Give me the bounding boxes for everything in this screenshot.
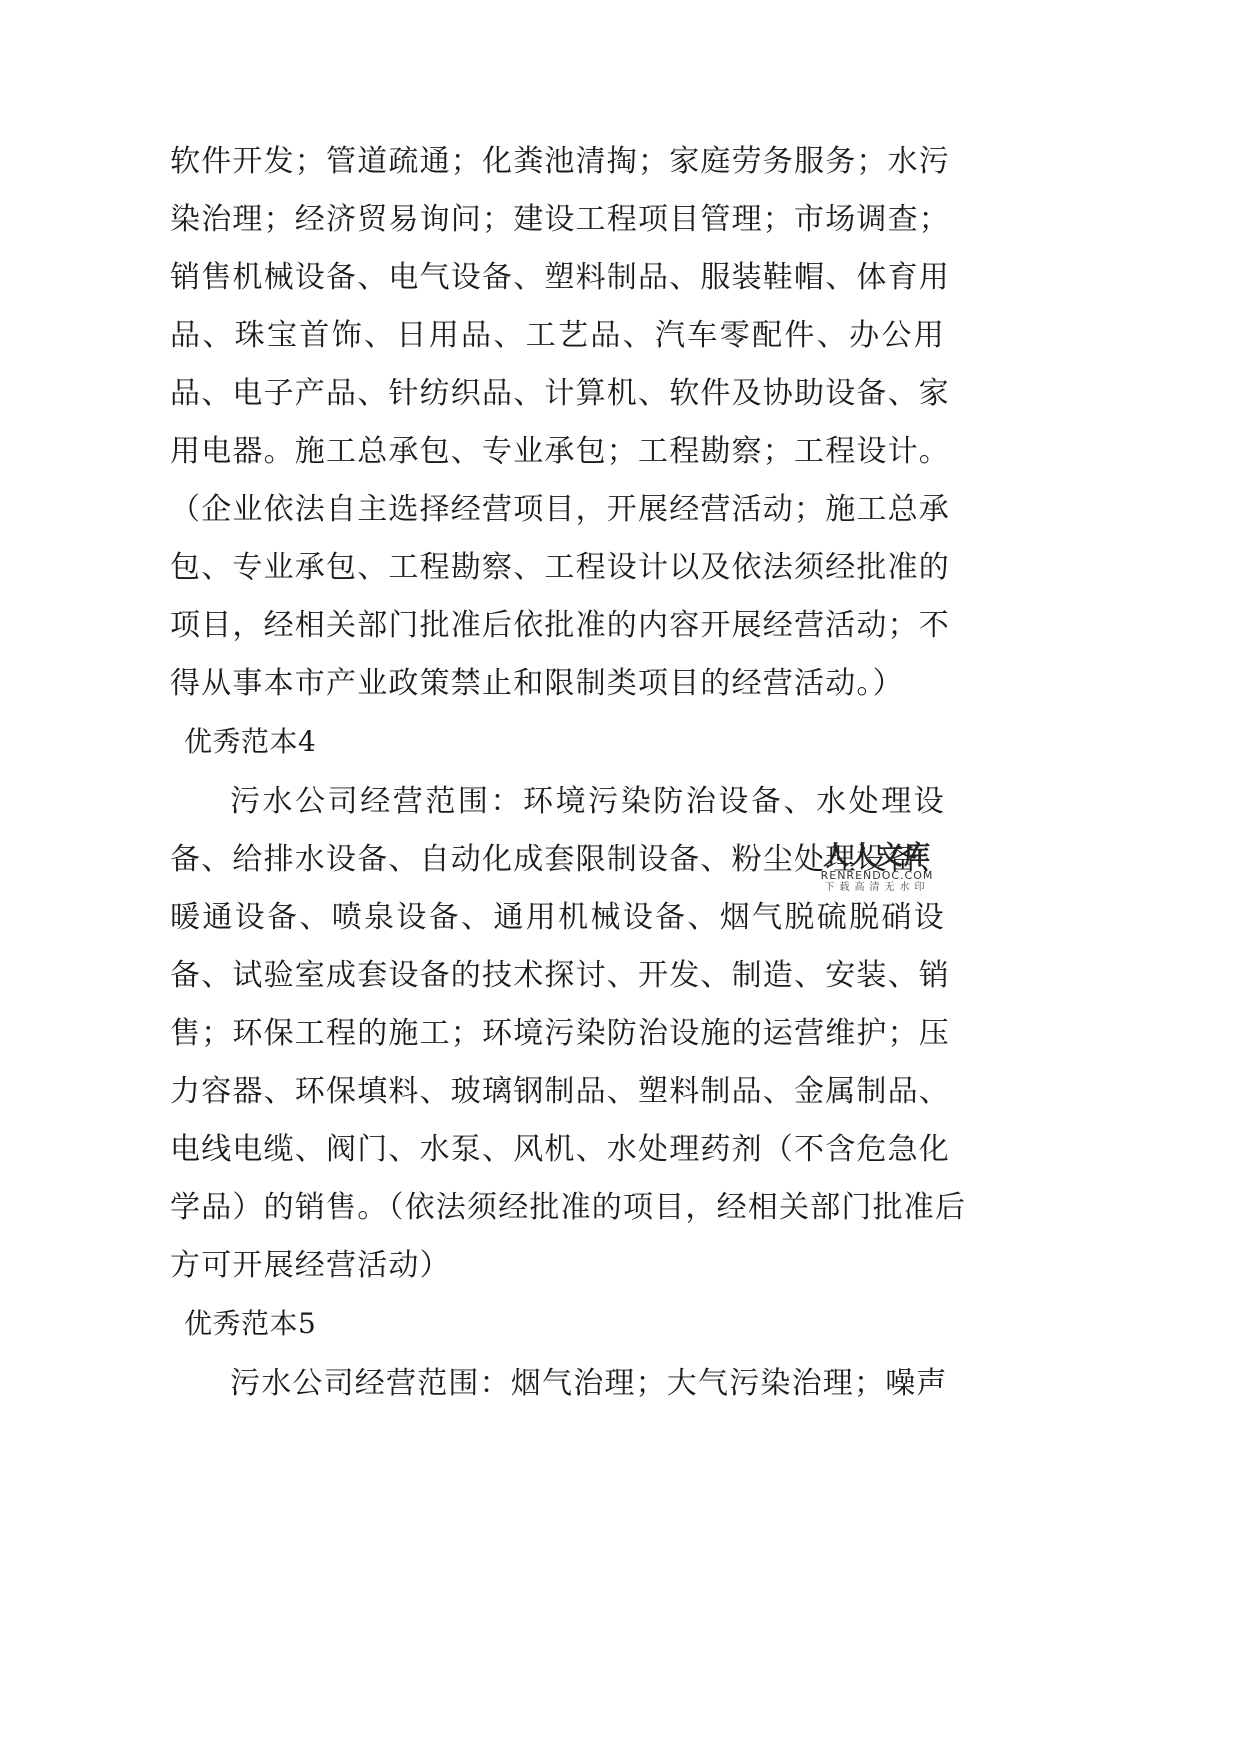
text-line: 染治理；经济贸易询问；建设工程项目管理；市场调查； — [170, 200, 945, 240]
text-line: 品、电子产品、针纺织品、计算机、软件及协助设备、家 — [170, 374, 945, 414]
document-page: 软件开发；管道疏通；化粪池清掏；家庭劳务服务；水污 染治理；经济贸易询问；建设工… — [0, 0, 1240, 1753]
text-line: 得从事本市产业政策禁止和限制类项目的经营活动。） — [170, 664, 945, 704]
text-line: 销售机械设备、电气设备、塑料制品、服装鞋帽、体育用 — [170, 258, 945, 298]
section-heading-4: 优秀范本4 — [184, 722, 316, 762]
text-line: 污水公司经营范围：环境污染防治设备、水处理设 — [230, 782, 945, 822]
watermark-subtitle: 下载高清无水印 — [812, 882, 942, 894]
text-line: 用电器。施工总承包、专业承包；工程勘察；工程设计。 — [170, 432, 945, 472]
text-line: 项目，经相关部门批准后依批准的内容开展经营活动；不 — [170, 606, 945, 646]
text-line: 品、珠宝首饰、日用品、工艺品、汽车零配件、办公用 — [170, 316, 945, 356]
text-line: 电线电缆、阀门、水泵、风机、水处理药剂（不含危急化 — [170, 1130, 945, 1170]
text-line: 方可开展经营活动） — [170, 1246, 945, 1286]
text-line: 备、试验室成套设备的技术探讨、开发、制造、安装、销 — [170, 956, 945, 996]
text-line: 力容器、环保填料、玻璃钢制品、塑料制品、金属制品、 — [170, 1072, 945, 1112]
text-line: 暖通设备、喷泉设备、通用机械设备、烟气脱硫脱硝设 — [170, 898, 945, 938]
text-line: （企业依法自主选择经营项目，开展经营活动；施工总承 — [170, 490, 945, 530]
text-line: 学品）的销售。（依法须经批准的项目，经相关部门批准后 — [170, 1188, 945, 1228]
text-line: 备、给排水设备、自动化成套限制设备、粉尘处理设备、 — [170, 840, 945, 880]
text-line: 包、专业承包、工程勘察、工程设计以及依法须经批准的 — [170, 548, 945, 588]
text-line: 软件开发；管道疏通；化粪池清掏；家庭劳务服务；水污 — [170, 142, 945, 182]
section-heading-5: 优秀范本5 — [184, 1304, 316, 1344]
text-line: 售；环保工程的施工；环境污染防治设施的运营维护；压 — [170, 1014, 945, 1054]
text-line: 污水公司经营范围：烟气治理；大气污染治理；噪声 — [230, 1364, 945, 1404]
